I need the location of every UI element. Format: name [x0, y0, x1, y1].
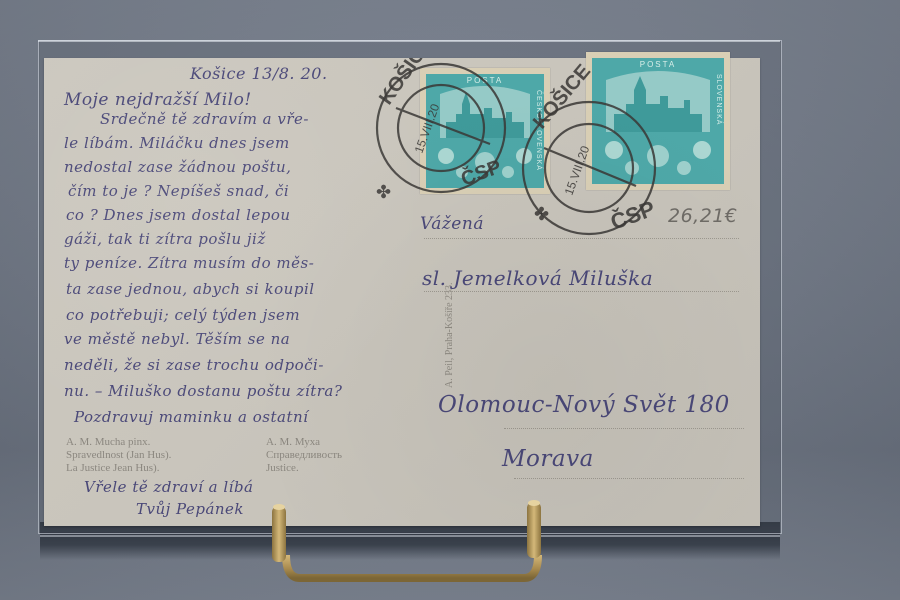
brass-display-stand [0, 0, 900, 600]
